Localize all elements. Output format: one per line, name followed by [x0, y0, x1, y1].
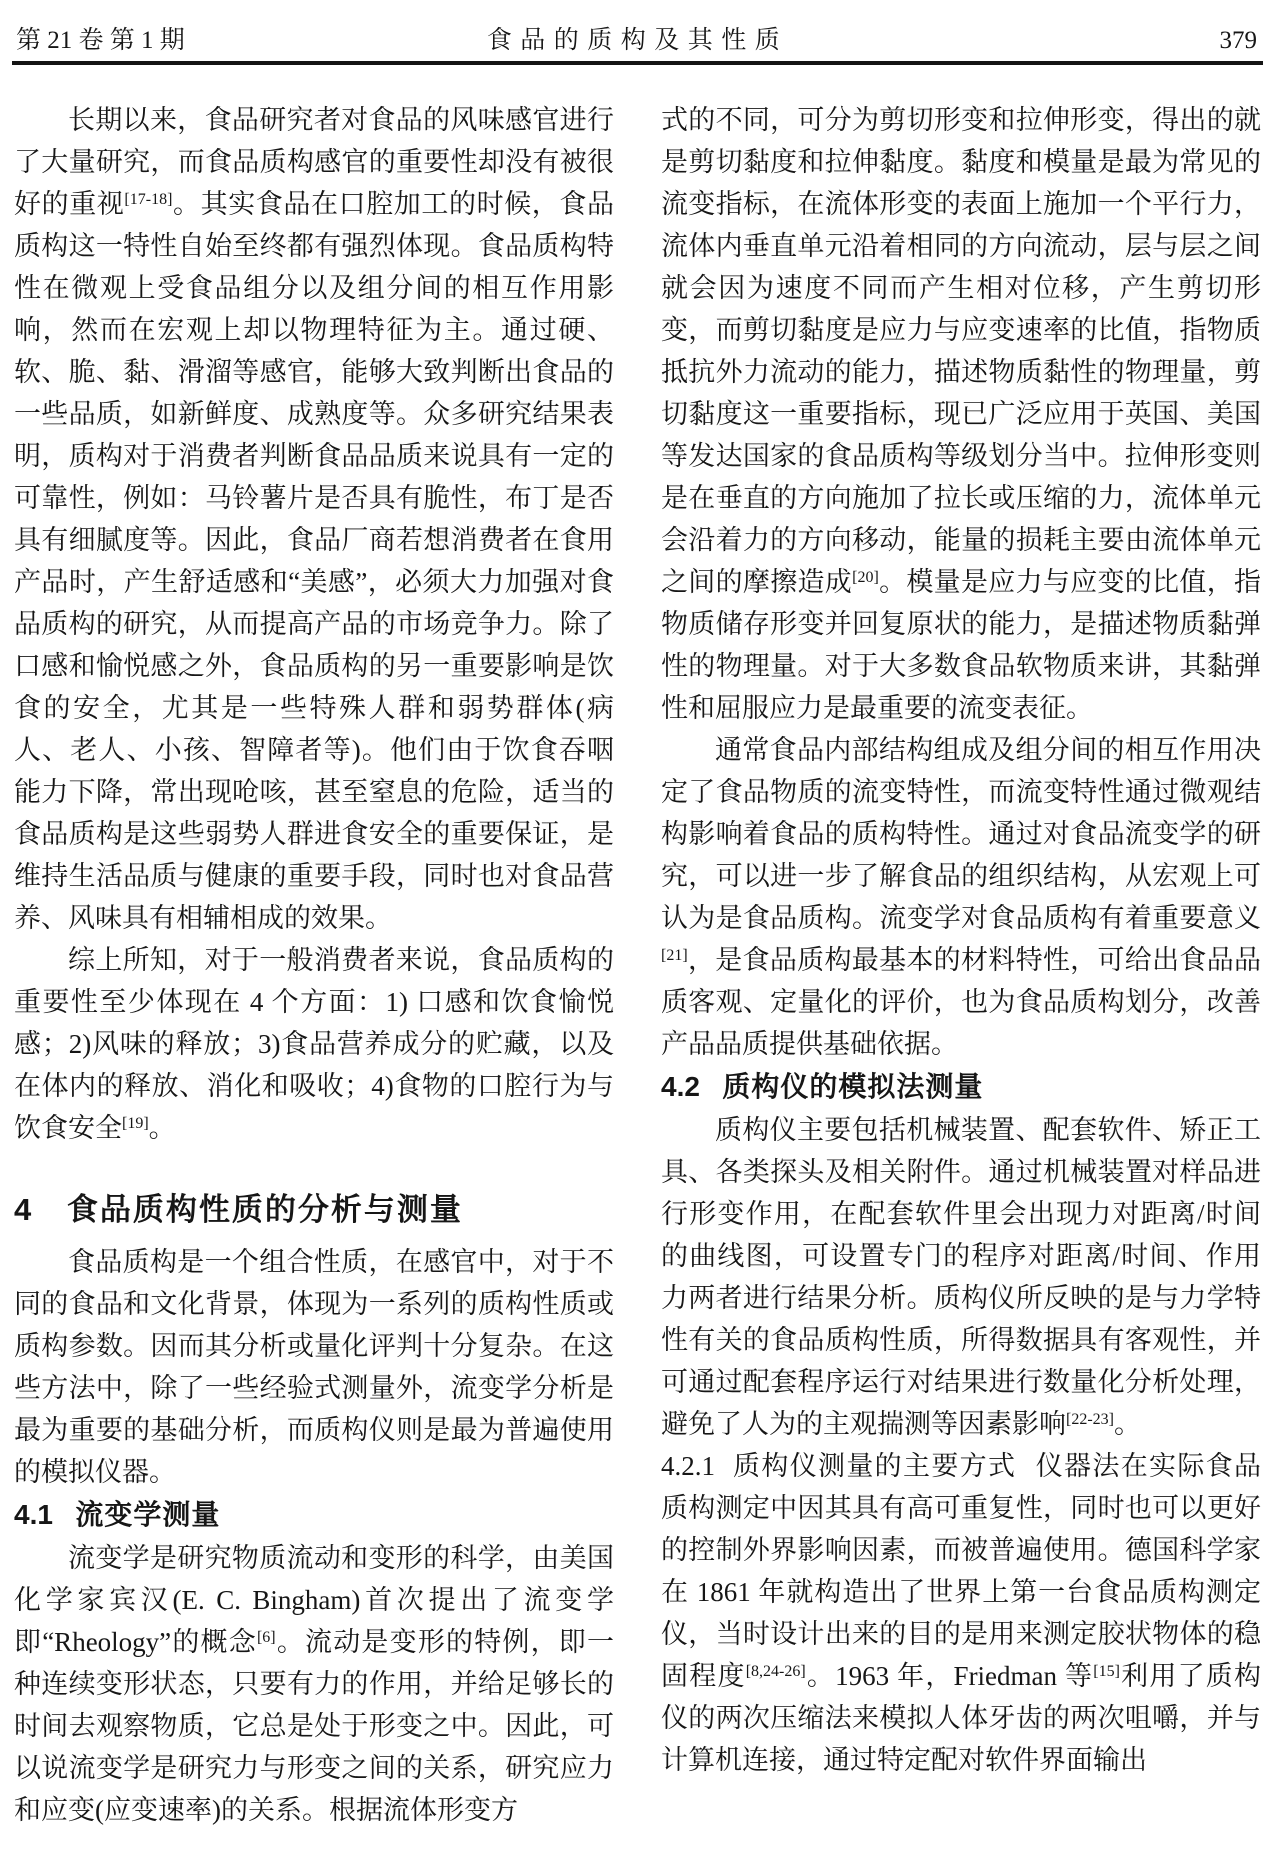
paragraph: 质构仪主要包括机械装置、配套软件、矫正工具、各类探头及相关附件。通过机械装置对样…: [661, 1109, 1261, 1445]
heading-number: 4.1: [14, 1499, 53, 1530]
citation-marker: [17-18]: [124, 191, 172, 208]
right-column: 式的不同，可分为剪切形变和拉伸形变，得出的就是剪切黏度和拉伸黏度。黏度和模量是最…: [661, 99, 1261, 1872]
citation-marker: [19]: [122, 1115, 149, 1132]
text-run: 。其实食品在口腔加工的时候，食品质构这一特性自始至终都有强烈体现。食品质构特性在…: [14, 189, 614, 933]
paragraph: 流变学是研究物质流动和变形的科学，由美国化学家宾汉(E. C. Bingham)…: [14, 1537, 614, 1831]
heading-number: 4.2: [661, 1071, 700, 1102]
text-run: 。: [1114, 1409, 1141, 1439]
subsection-heading: 4.2质构仪的模拟法测量: [661, 1065, 1261, 1109]
text-run: 。: [149, 1113, 176, 1143]
page-header: 第 21 卷 第 1 期 食品的质构及其性质 379: [14, 24, 1261, 58]
section-heading: 4食品质构性质的分析与测量: [14, 1187, 614, 1233]
paragraph: 通常食品内部结构组成及组分间的相互作用决定了食品物质的流变特性，而流变特性通过微…: [661, 729, 1261, 1065]
running-title: 食品的质构及其性质: [487, 24, 789, 58]
run-in-heading: 质构仪测量的主要方式: [732, 1451, 1017, 1481]
text-body: 长期以来，食品研究者对食品的风味感官进行了大量研究，而食品质构感官的重要性却没有…: [14, 99, 1261, 1872]
citation-marker: [15]: [1093, 1663, 1120, 1680]
text-run: 综上所知，对于一般消费者来说，食品质构的重要性至少体现在 4 个方面：1) 口感…: [14, 945, 614, 1143]
journal-page: 第 21 卷 第 1 期 食品的质构及其性质 379 长期以来，食品研究者对食品…: [0, 0, 1275, 1872]
paragraph: 4.2.1质构仪测量的主要方式仪器法在实际食品质构测定中因其具有高可重复性，同时…: [661, 1445, 1261, 1781]
heading-number: 4: [14, 1192, 31, 1227]
heading-title: 流变学测量: [75, 1499, 220, 1530]
text-run: 食品质构是一个组合性质，在感官中，对于不同的食品和文化背景，体现为一系列的质构性…: [14, 1247, 614, 1487]
paragraph: 食品质构是一个组合性质，在感官中，对于不同的食品和文化背景，体现为一系列的质构性…: [14, 1241, 614, 1493]
text-run: 质构仪主要包括机械装置、配套软件、矫正工具、各类探头及相关附件。通过机械装置对样…: [661, 1115, 1261, 1439]
paragraph: 长期以来，食品研究者对食品的风味感官进行了大量研究，而食品质构感官的重要性却没有…: [14, 99, 614, 939]
issue-label: 第 21 卷 第 1 期: [16, 24, 185, 58]
header-rule: [12, 61, 1263, 65]
subsection-heading: 4.1流变学测量: [14, 1493, 614, 1537]
citation-marker: [8,24-26]: [746, 1663, 806, 1680]
heading-title: 食品质构性质的分析与测量: [67, 1192, 463, 1227]
heading-title: 质构仪的模拟法测量: [722, 1071, 983, 1102]
paragraph: 式的不同，可分为剪切形变和拉伸形变，得出的就是剪切黏度和拉伸黏度。黏度和模量是最…: [661, 99, 1261, 729]
page-number: 379: [1220, 24, 1258, 58]
text-run: 。1963 年，Friedman 等: [806, 1661, 1094, 1691]
text-run: 通常食品内部结构组成及组分间的相互作用决定了食品物质的流变特性，而流变特性通过微…: [661, 735, 1261, 933]
left-column: 长期以来，食品研究者对食品的风味感官进行了大量研究，而食品质构感官的重要性却没有…: [14, 99, 614, 1872]
citation-marker: [21]: [661, 947, 688, 964]
citation-marker: [22-23]: [1066, 1411, 1114, 1428]
citation-marker: [20]: [852, 569, 879, 586]
subsection-number: 4.2.1: [661, 1451, 715, 1481]
paragraph: 综上所知，对于一般消费者来说，食品质构的重要性至少体现在 4 个方面：1) 口感…: [14, 939, 614, 1149]
text-run: 式的不同，可分为剪切形变和拉伸形变，得出的就是剪切黏度和拉伸黏度。黏度和模量是最…: [661, 105, 1261, 597]
text-run: 仪器法在实际食品质构测定中因其具有高可重复性，同时也可以更好的控制外界影响因素，…: [661, 1451, 1261, 1691]
text-run: ，是食品质构最基本的材料特性，可给出食品品质客观、定量化的评价，也为食品质构划分…: [661, 945, 1261, 1059]
citation-marker: [6]: [257, 1629, 276, 1646]
